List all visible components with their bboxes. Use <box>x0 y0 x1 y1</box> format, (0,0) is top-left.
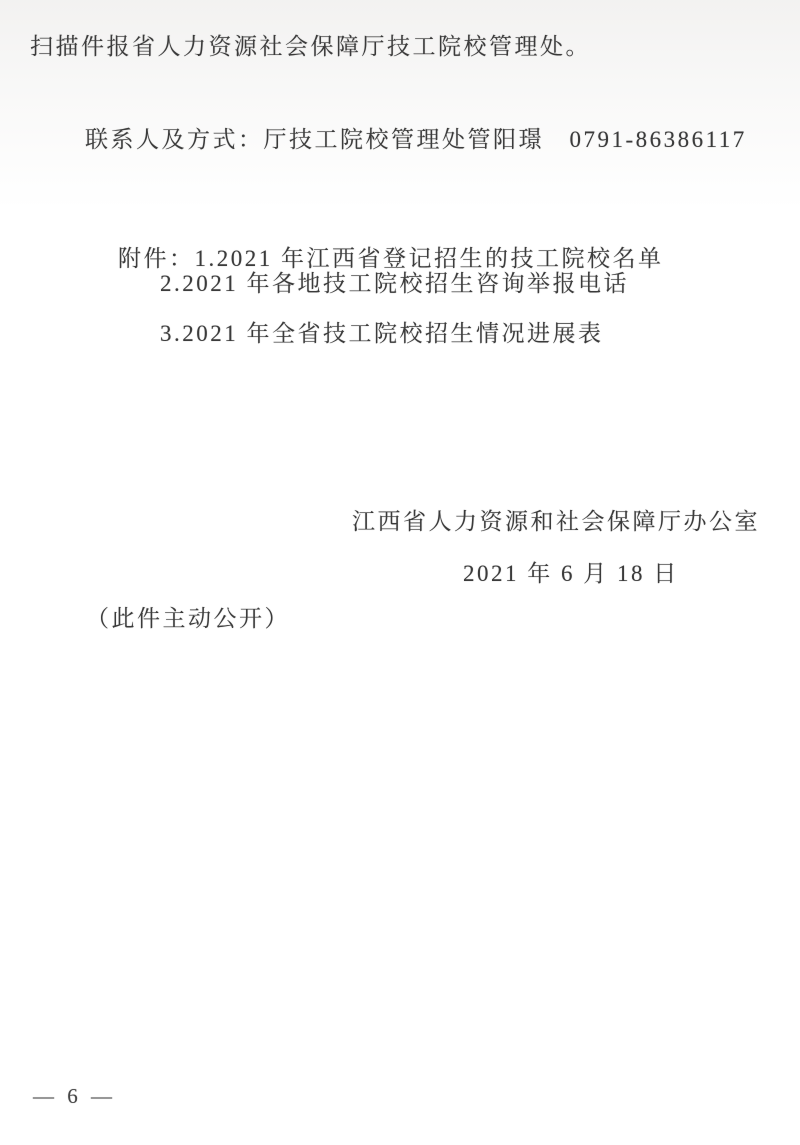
contact-info-line: 联系人及方式：厅技工院校管理处管阳璟 0791-86386117 <box>85 121 747 154</box>
attachment-item-2: 2.2021 年各地技工院校招生咨询举报电话 <box>160 265 629 298</box>
disclosure-note: （此件主动公开） <box>86 600 290 633</box>
scanned-document-page: 扫描件报省人力资源社会保障厅技工院校管理处。 联系人及方式：厅技工院校管理处管阳… <box>0 0 800 1145</box>
page-number: — 6 — <box>33 1084 116 1109</box>
attachment-item-3: 3.2021 年全省技工院校招生情况进展表 <box>160 315 604 348</box>
body-paragraph-line: 扫描件报省人力资源社会保障厅技工院校管理处。 <box>30 28 591 61</box>
issuing-office-signature: 江西省人力资源和社会保障厅办公室 <box>0 503 760 536</box>
issue-date: 2021 年 6 月 18 日 <box>463 555 679 588</box>
